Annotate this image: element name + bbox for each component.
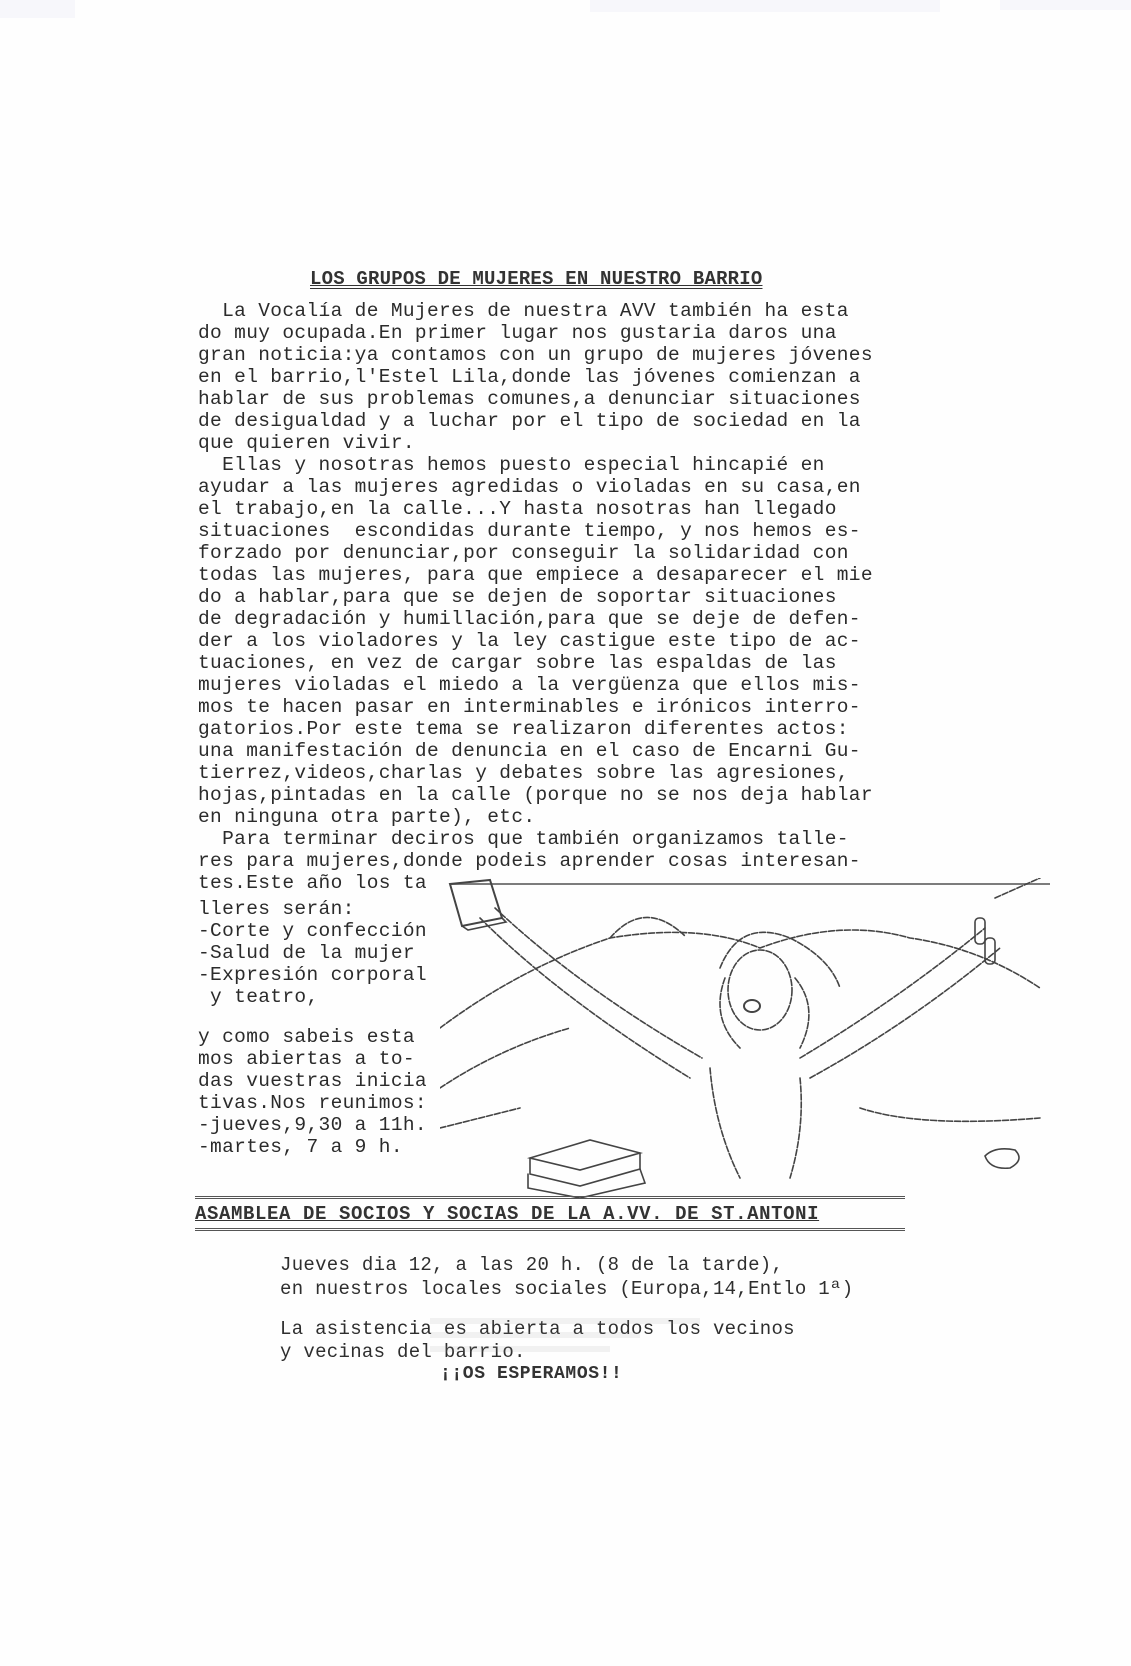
workshop-line: -Corte y confección — [198, 920, 427, 942]
workshop-line: tivas.Nos reunimos: — [198, 1092, 427, 1114]
assembly-heading: ASAMBLEA DE SOCIOS Y SOCIAS DE LA A.VV. … — [195, 1196, 905, 1231]
body-line: hablar de sus problemas comunes,a denunc… — [198, 388, 861, 410]
body-line: tes.Este año los ta — [198, 872, 427, 894]
body-line: todas las mujeres, para que empiece a de… — [198, 564, 873, 586]
workshop-line: y como sabeis esta — [198, 1026, 415, 1048]
article-title: LOS GRUPOS DE MUJERES EN NUESTRO BARRIO — [310, 268, 762, 290]
body-line: Ellas y nosotras hemos puesto especial h… — [198, 454, 825, 476]
workshop-line: -jueves,9,30 a 11h. — [198, 1114, 427, 1136]
body-line: res para mujeres,donde podeis aprender c… — [198, 850, 861, 872]
body-line: der a los violadores y la ley castigue e… — [198, 630, 861, 652]
workshop-line: y teatro, — [198, 986, 319, 1008]
body-line: mujeres violadas el miedo a la vergüenza… — [198, 674, 861, 696]
assembly-when: Jueves dia 12, a las 20 h. (8 de la tard… — [280, 1254, 783, 1276]
body-line: en el barrio,l'Estel Lila,donde las jóve… — [198, 366, 861, 388]
show-through-text — [430, 1312, 730, 1372]
body-line: situaciones escondidas durante tiempo, y… — [198, 520, 861, 542]
workshop-line: -Expresión corporal — [198, 964, 427, 986]
body-line: mos te hacen pasar en interminables e ir… — [198, 696, 861, 718]
workshop-line: -Salud de la mujer — [198, 942, 415, 964]
body-line: Para terminar deciros que también organi… — [198, 828, 849, 850]
body-line: en ninguna otra parte), etc. — [198, 806, 535, 828]
body-line: do muy ocupada.En primer lugar nos gusta… — [198, 322, 837, 344]
body-line: ayudar a las mujeres agredidas o violada… — [198, 476, 861, 498]
workshop-line: mos abiertas a to- — [198, 1048, 415, 1070]
body-line: forzado por denunciar,por conseguir la s… — [198, 542, 849, 564]
body-line: gran noticia:ya contamos con un grupo de… — [198, 344, 873, 366]
scanned-page: LOS GRUPOS DE MUJERES EN NUESTRO BARRIO … — [0, 0, 1131, 1666]
body-line: tuaciones, en vez de cargar sobre las es… — [198, 652, 837, 674]
workshop-line: -martes, 7 a 9 h. — [198, 1136, 403, 1158]
body-line: el trabajo,en la calle...Y hasta nosotra… — [198, 498, 837, 520]
body-line: una manifestación de denuncia en el caso… — [198, 740, 861, 762]
body-line: do a hablar,para que se dejen de soporta… — [198, 586, 837, 608]
workshop-line: lleres serán: — [198, 898, 355, 920]
workshop-line: das vuestras inicia — [198, 1070, 427, 1092]
body-line: hojas,pintadas en la calle (porque no se… — [198, 784, 873, 806]
assembly-where: en nuestros locales sociales (Europa,14,… — [280, 1278, 853, 1300]
body-line: que quieren vivir. — [198, 432, 415, 454]
body-line: gatorios.Por este tema se realizaron dif… — [198, 718, 849, 740]
body-line: La Vocalía de Mujeres de nuestra AVV tam… — [198, 300, 849, 322]
body-line: tierrez,videos,charlas y debates sobre l… — [198, 762, 849, 784]
body-line: de desigualdad y a luchar por el tipo de… — [198, 410, 861, 432]
body-line: de degradación y humillación,para que se… — [198, 608, 861, 630]
woman-breaking-chains-illustration — [440, 878, 1060, 1198]
